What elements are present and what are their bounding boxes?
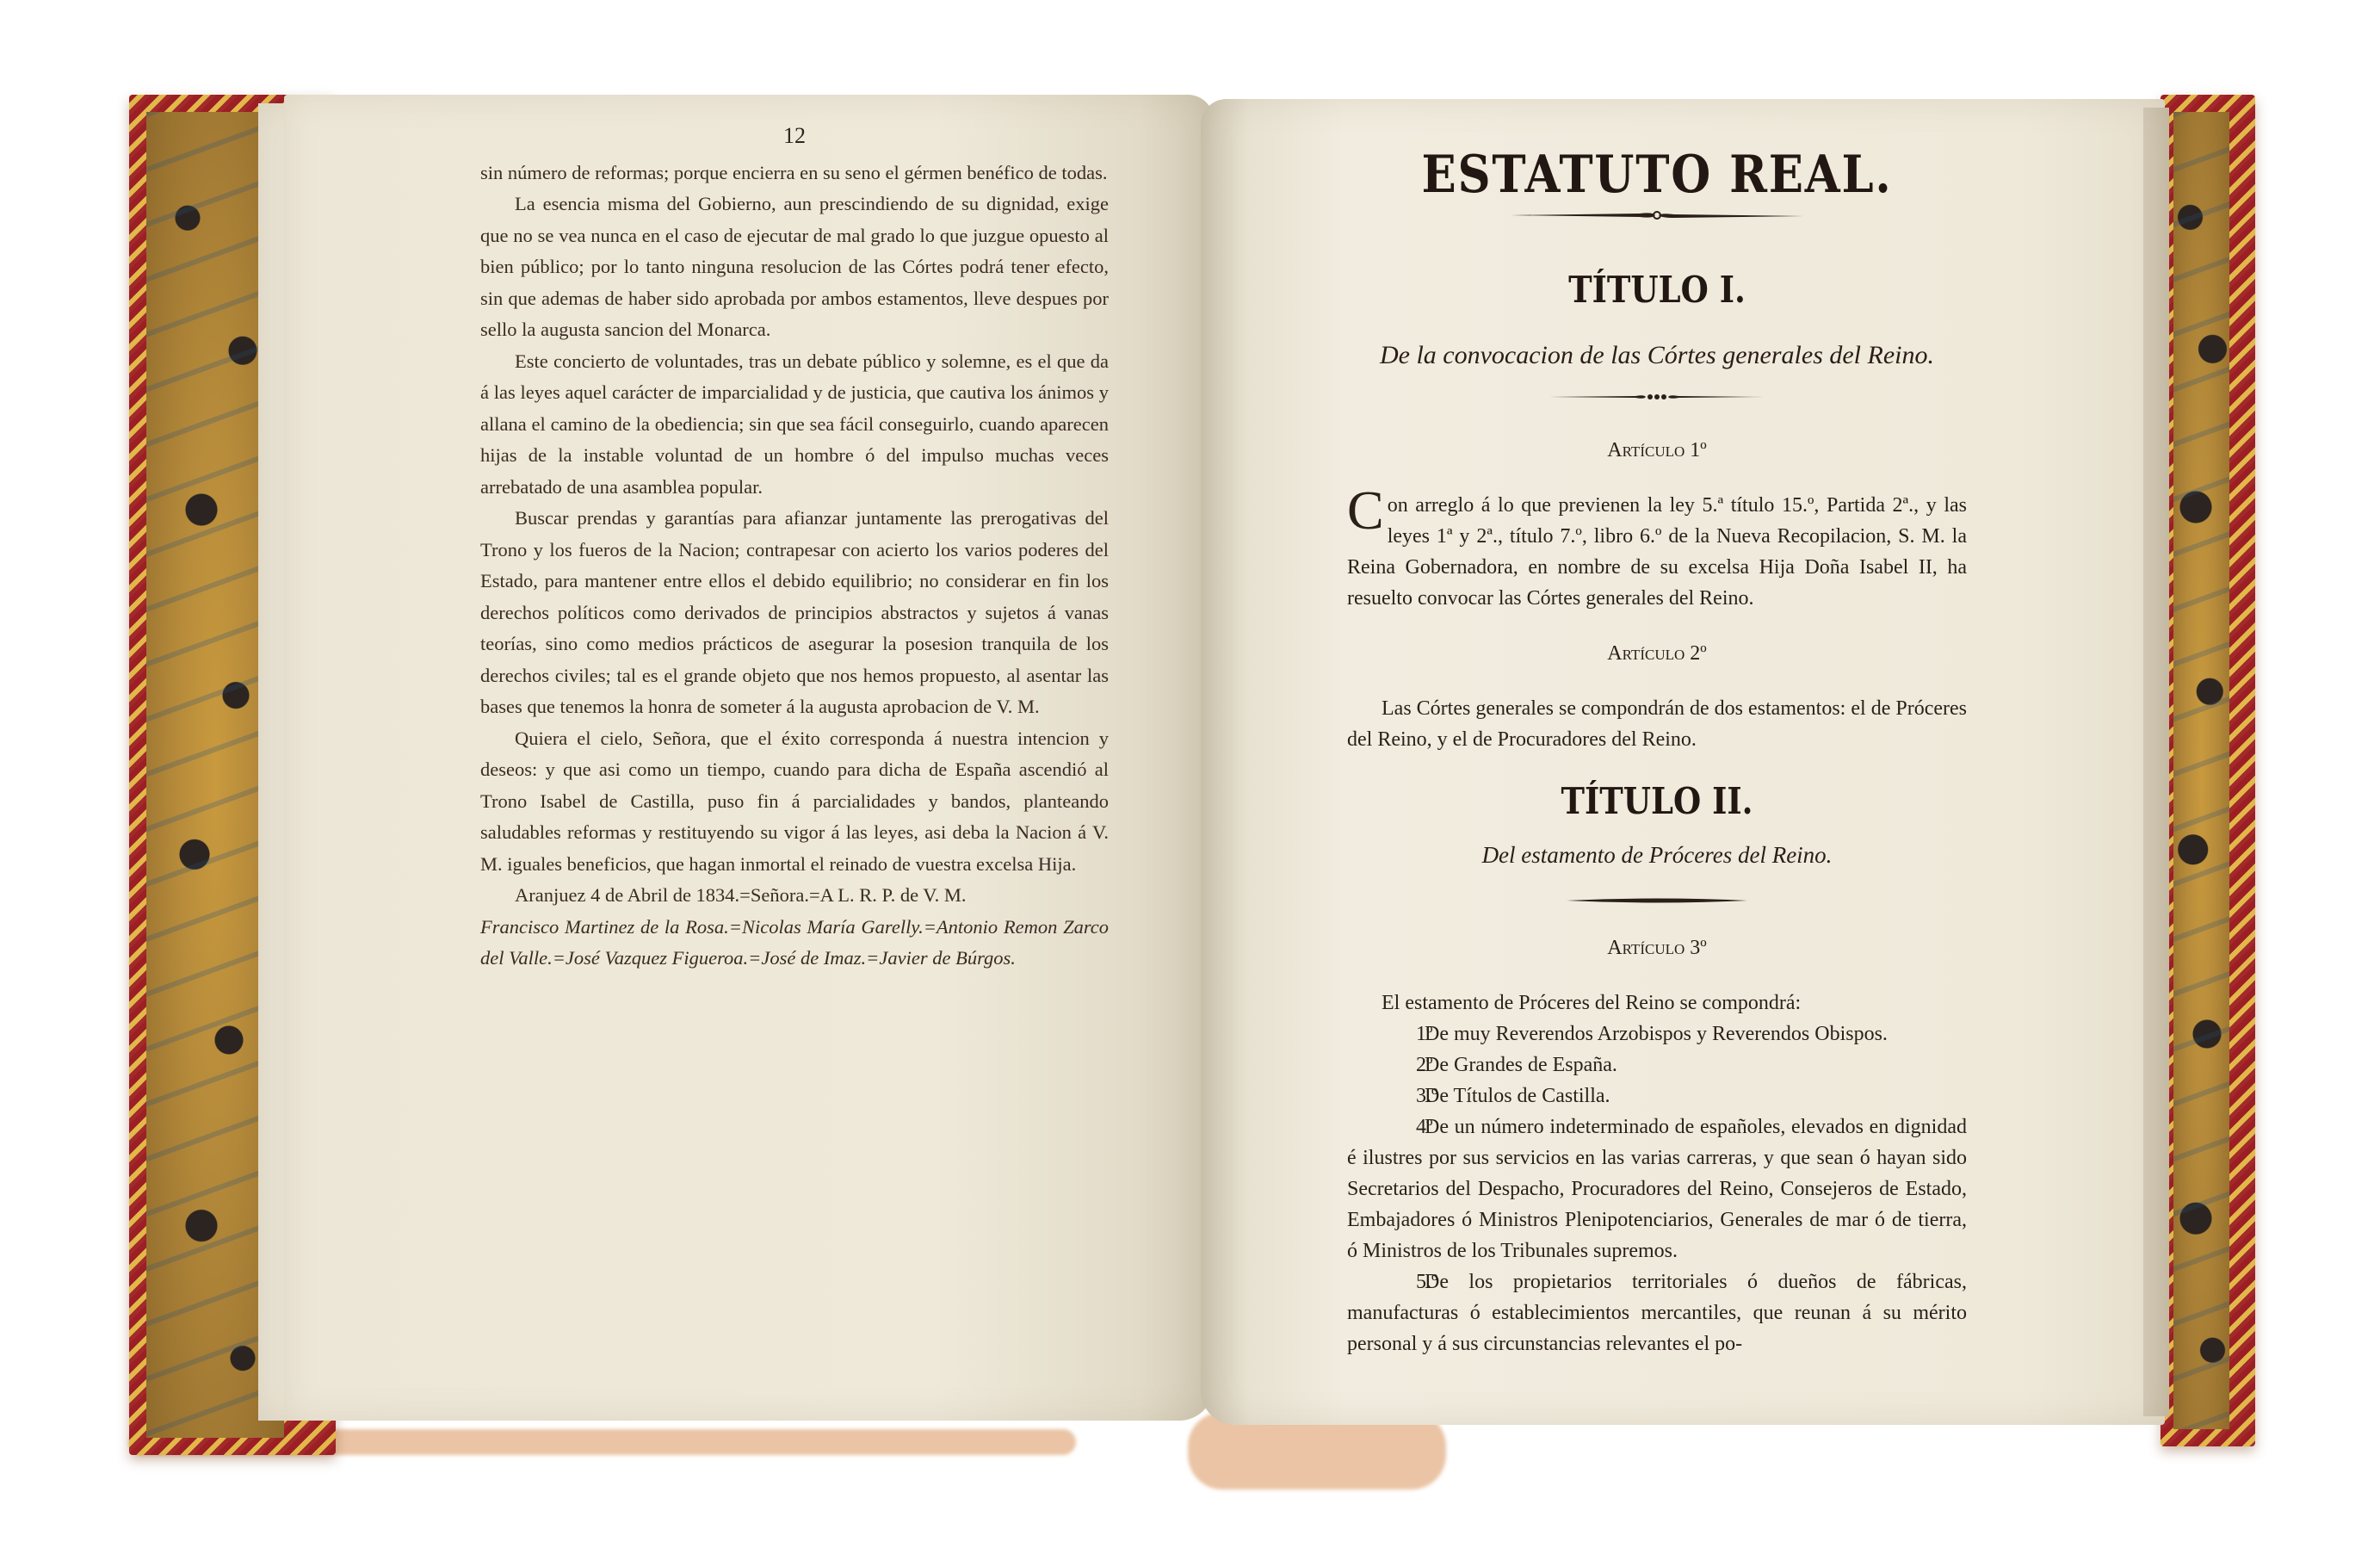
ornament-divider-icon: [1511, 206, 1803, 225]
articulo-2-text: Las Córtes generales se compondrán de do…: [1347, 693, 1967, 755]
list-item: 4ºDe un número indeterminado de españole…: [1347, 1111, 1967, 1266]
list-item: 3.ºDe Títulos de Castilla.: [1347, 1081, 1967, 1111]
ornament-divider-icon: [1549, 390, 1765, 404]
item-text: De muy Reverendos Arzobispos y Reverendo…: [1425, 1023, 1888, 1045]
dropcap: C: [1347, 493, 1384, 528]
articulo-1-body: on arreglo á lo que previenen la ley 5.ª…: [1347, 494, 1967, 610]
paragraph: Buscar prendas y garantías para afianzar…: [480, 503, 1109, 723]
marbled-endpaper-right: [2173, 112, 2229, 1429]
paragraph: sin número de reformas; porque encierra …: [480, 158, 1109, 189]
document-title: ESTATUTO REAL.: [1384, 159, 1930, 190]
paragraph: Este concierto de voluntades, tras un de…: [480, 346, 1109, 504]
item-number: 1º: [1382, 1019, 1425, 1050]
articulo-2-heading: Artículo 2º: [1347, 638, 1967, 669]
articulo-3-intro: El estamento de Próceres del Reino se co…: [1347, 988, 1967, 1019]
right-page-text: ESTATUTO REAL. TÍTULO I. De la convocaci…: [1347, 151, 1967, 1359]
item-text: De un número indeterminado de españoles,…: [1347, 1116, 1967, 1262]
list-item: 5.ºDe los propietarios territoriales ó d…: [1347, 1266, 1967, 1359]
ornament-divider-icon: [1567, 896, 1747, 905]
item-number: 4º: [1382, 1111, 1425, 1142]
articulo-1-text: Con arreglo á lo que previenen la ley 5.…: [1347, 490, 1967, 614]
list-item: 1ºDe muy Reverendos Arzobispos y Reveren…: [1347, 1019, 1967, 1050]
titulo-2-subtitle: Del estamento de Próceres del Reino.: [1347, 839, 1967, 870]
item-text: De Títulos de Castilla.: [1425, 1085, 1610, 1107]
item-number: 3.º: [1382, 1081, 1425, 1111]
titulo-2-heading: TÍTULO II.: [1384, 786, 1930, 817]
item-text: De los propietarios territoriales ó dueñ…: [1347, 1271, 1967, 1355]
titulo-1-subtitle: De la convocacion de las Córtes generale…: [1347, 340, 1967, 371]
item-number: 2º: [1382, 1050, 1425, 1081]
titulo-1-heading: TÍTULO I.: [1384, 275, 1930, 306]
signatures: Francisco Martinez de la Rosa.=Nicolas M…: [480, 912, 1109, 975]
paragraph: La esencia misma del Gobierno, aun presc…: [480, 189, 1109, 346]
articulo-3-heading: Artículo 3º: [1347, 932, 1967, 963]
closing-line: Aranjuez 4 de Abril de 1834.=Señora.=A L…: [480, 880, 1109, 912]
articulo-1-heading: Artículo 1º: [1347, 435, 1967, 466]
item-text: De Grandes de España.: [1425, 1054, 1617, 1076]
left-page-text: 12 sin número de reformas; porque encier…: [480, 121, 1109, 975]
item-number: 5.º: [1382, 1266, 1425, 1297]
paragraph: Quiera el cielo, Señora, que el éxito co…: [480, 723, 1109, 881]
page-stack-right: [2143, 108, 2169, 1416]
page-number: 12: [480, 121, 1109, 152]
list-item: 2ºDe Grandes de España.: [1347, 1050, 1967, 1081]
